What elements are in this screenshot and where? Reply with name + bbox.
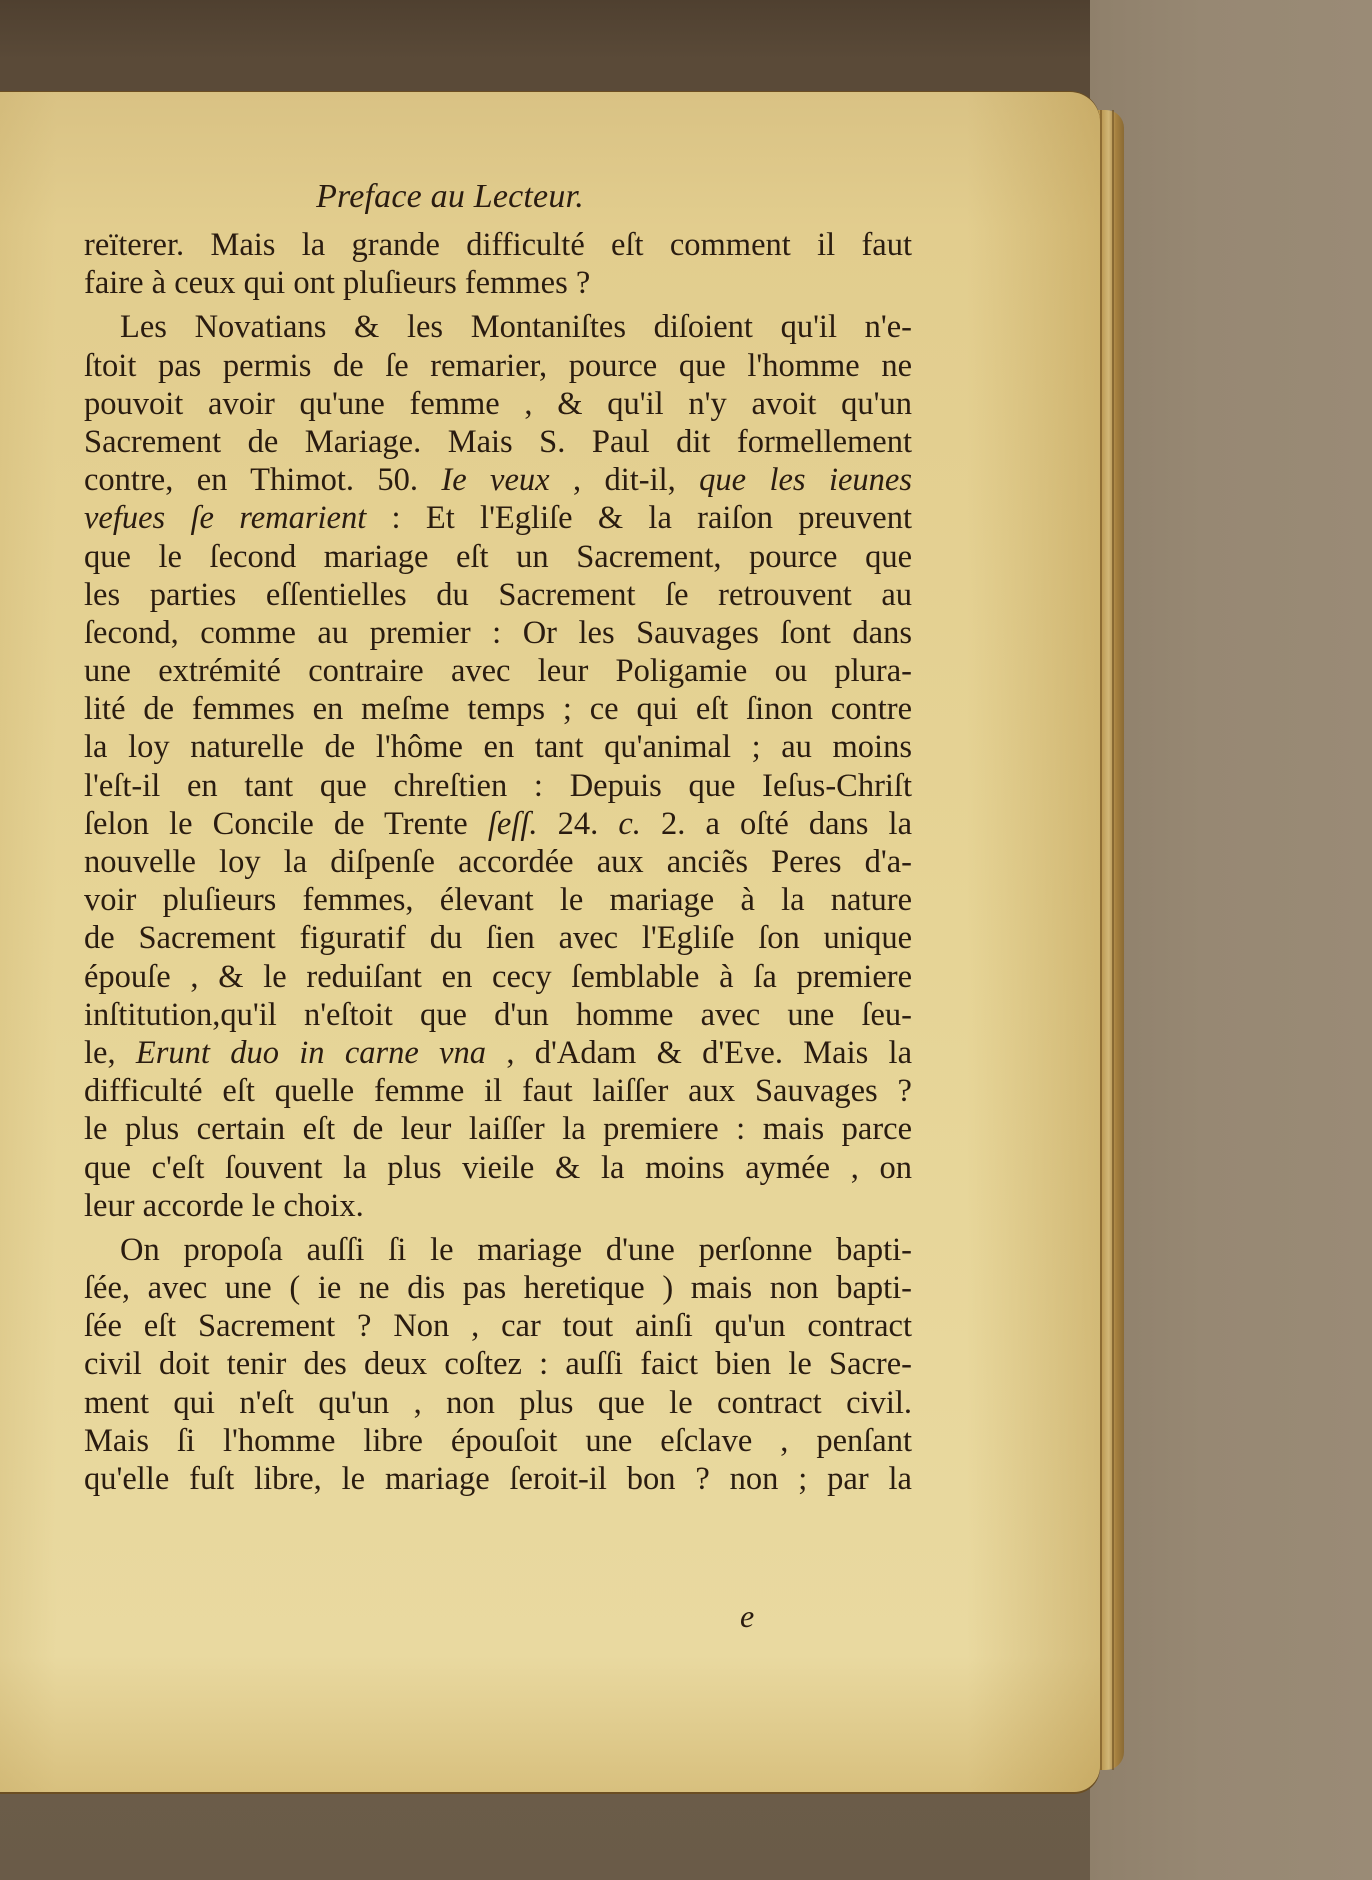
text-line: le plus certain eſt de leur laiſſer la p…: [84, 1110, 912, 1148]
text-line: les parties eſſentielles du Sacrement ſe…: [84, 576, 912, 614]
text-line: de Sacrement figuratif du ſien avec l'Eg…: [84, 919, 912, 957]
text-line: le, Erunt duo in carne vna , d'Adam & d'…: [84, 1034, 912, 1072]
text-line: épouſe , & le reduiſant en cecy ſemblabl…: [84, 958, 912, 996]
text-line: ſée, avec une ( ie ne dis pas heretique …: [84, 1269, 912, 1307]
text-line: la loy naturelle de l'hôme en tant qu'an…: [84, 728, 912, 766]
text-line: vefues ſe remarient : Et l'Egliſe & la r…: [84, 499, 912, 537]
text-line: ment qui n'eſt qu'un , non plus que le c…: [84, 1384, 912, 1422]
body-text: reïterer. Mais la grande difficulté eſt …: [84, 226, 912, 1498]
text-line: l'eſt-il en tant que chreſtien : Depuis …: [84, 767, 912, 805]
text-line: une extrémité contraire avec leur Poliga…: [84, 652, 912, 690]
text-line: leur accorde le choix.: [84, 1187, 912, 1225]
text-line: reïterer. Mais la grande difficulté eſt …: [84, 226, 912, 264]
paragraph: Les Novatians & les Montaniſtes diſoient…: [84, 308, 912, 1225]
text-line: ſée eſt Sacrement ? Non , car tout ainſi…: [84, 1307, 912, 1345]
text-line: inſtitution,qu'il n'eſtoit que d'un homm…: [84, 996, 912, 1034]
text-line: Mais ſi l'homme libre épouſoit une eſcla…: [84, 1422, 912, 1460]
paragraph: On propoſa auſſi ſi le mariage d'une per…: [84, 1231, 912, 1498]
text-line: lité de femmes en meſme temps ; ce qui e…: [84, 690, 912, 728]
text-line: ſecond, comme au premier : Or les Sauvag…: [84, 614, 912, 652]
text-line: faire à ceux qui ont pluſieurs femmes ?: [84, 264, 912, 302]
text-line: voir pluſieurs femmes, élevant le mariag…: [84, 881, 912, 919]
text-line: nouvelle loy la diſpenſe accordée aux an…: [84, 843, 912, 881]
text-line: Sacrement de Mariage. Mais S. Paul dit f…: [84, 423, 912, 461]
text-line: civil doit tenir des deux coſtez : auſſi…: [84, 1345, 912, 1383]
text-line: que c'eſt ſouvent la plus vieile & la mo…: [84, 1149, 912, 1187]
signature-mark: e: [740, 1598, 754, 1635]
paragraph: reïterer. Mais la grande difficulté eſt …: [84, 226, 912, 302]
text-line: que le ſecond mariage eſt un Sacrement, …: [84, 538, 912, 576]
text-line: ſtoit pas permis de ſe remarier, pource …: [84, 347, 912, 385]
running-head: Preface au Lecteur.: [0, 178, 900, 216]
text-line: qu'elle fuſt libre, le mariage ſeroit-il…: [84, 1460, 912, 1498]
text-line: difficulté eſt quelle femme il faut laiſ…: [84, 1072, 912, 1110]
text-line: ſelon le Concile de Trente ſeſſ. 24. c. …: [84, 805, 912, 843]
text-line: contre, en Thimot. 50. Ie veux , dit-il,…: [84, 461, 912, 499]
text-line: pouvoit avoir qu'une femme , & qu'il n'y…: [84, 385, 912, 423]
text-line: On propoſa auſſi ſi le mariage d'une per…: [84, 1231, 912, 1269]
background-right: [1090, 0, 1372, 1880]
text-line: Les Novatians & les Montaniſtes diſoient…: [84, 308, 912, 346]
